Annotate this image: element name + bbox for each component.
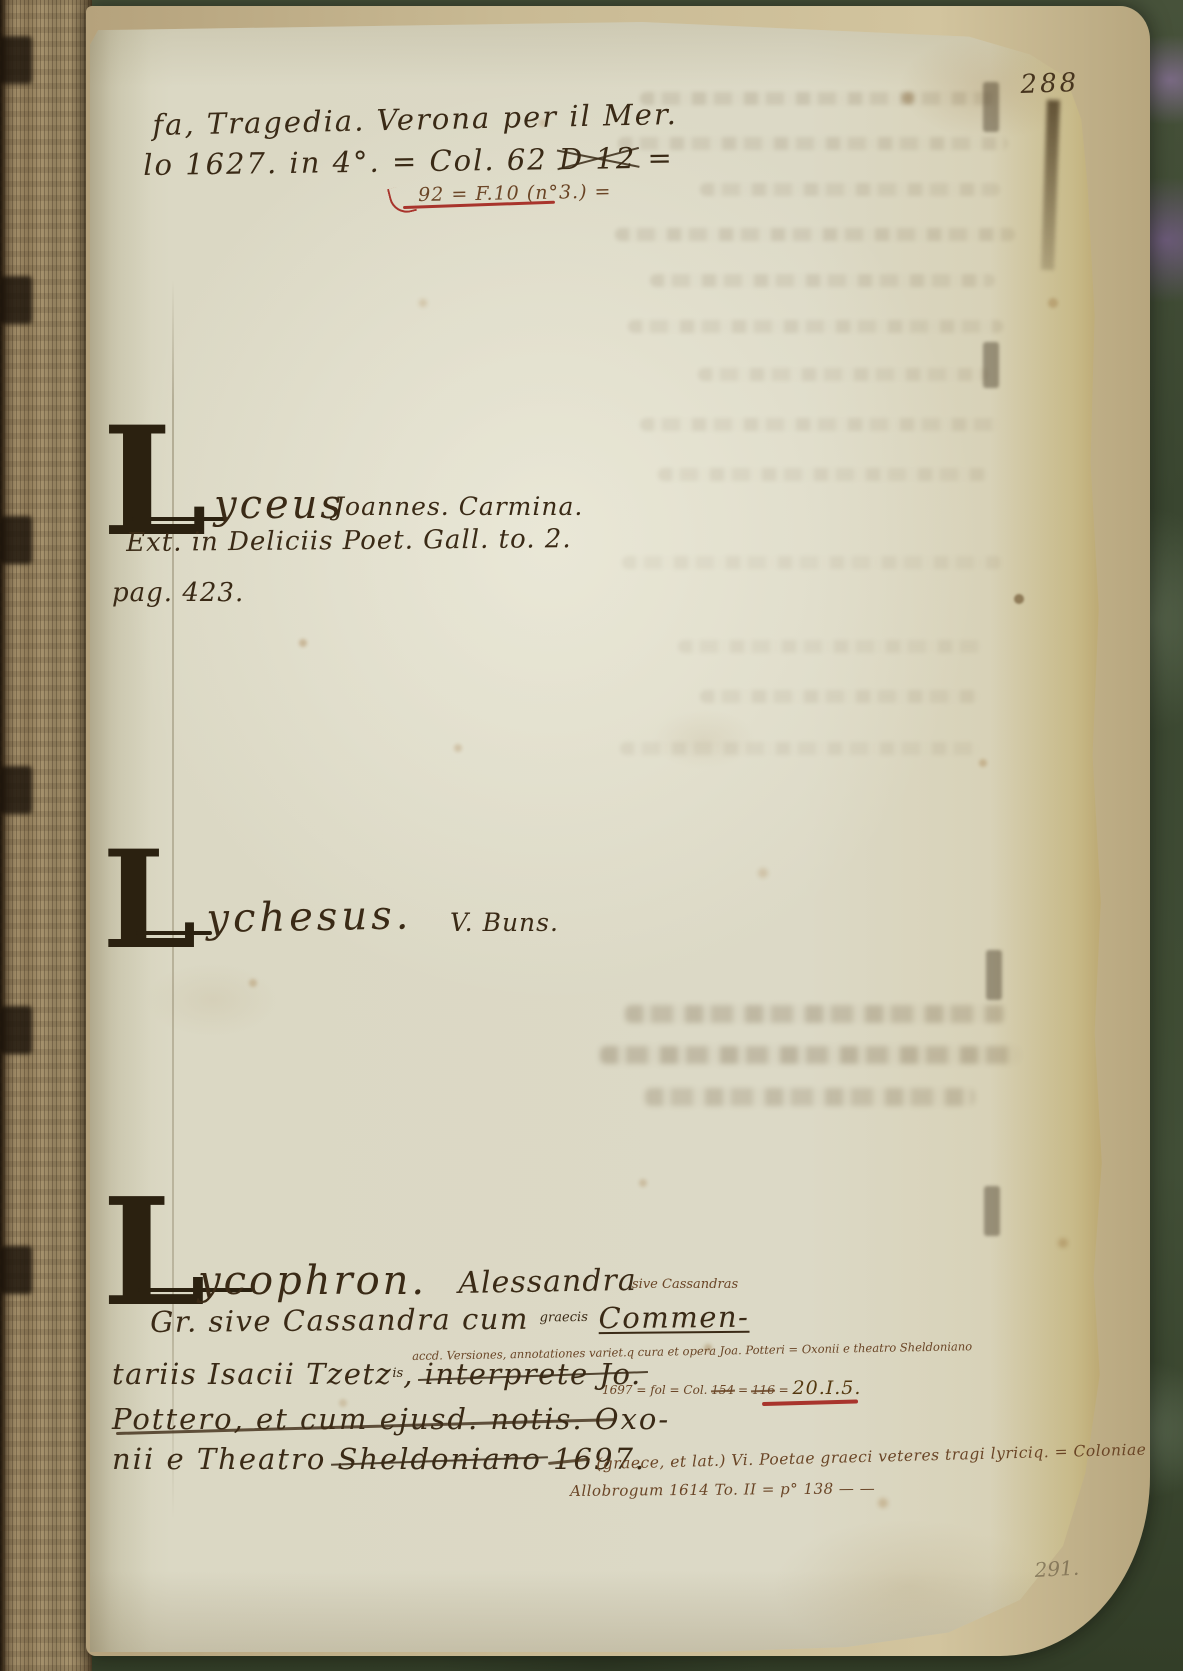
- entry-side-note: sive Cassandras: [632, 1277, 738, 1292]
- prev-entry-line2-end: =: [647, 141, 674, 175]
- entry-heading: ychesus.: [206, 892, 413, 942]
- body-text: nii e Theatro: [112, 1442, 326, 1476]
- entry-heading-rest: Joannes. Carmina.: [334, 492, 583, 521]
- bleedthrough-line: [615, 228, 1015, 241]
- annotation-struck: 116: [752, 1383, 775, 1397]
- folio-number: 288: [1020, 68, 1080, 100]
- tab-show-through: [984, 1186, 1000, 1236]
- entry-heading: yceus: [214, 482, 344, 528]
- annotation-text: =: [779, 1383, 789, 1397]
- bleedthrough-line: [618, 137, 1008, 150]
- bleedthrough-line: [698, 368, 988, 381]
- annotation-struck: 154: [711, 1383, 734, 1397]
- book-fore-edge: [0, 0, 92, 1671]
- bleedthrough-line: [700, 183, 1000, 196]
- pencil-number: 291.: [1034, 1556, 1080, 1582]
- interlinear-word: graecis: [540, 1310, 588, 1325]
- bleedthrough-line: [700, 690, 980, 703]
- entry-heading-rest: Alessandra: [458, 1263, 637, 1301]
- bleedthrough-line: [600, 1046, 1020, 1064]
- entry-heading-rest: V. Buns.: [450, 908, 559, 937]
- prev-entry-crossed-out: D 12: [559, 141, 637, 176]
- foxing-spots: [0, 0, 6, 6]
- entry-body-line: Ext. in Deliciis Poet. Gall. to. 2.: [126, 524, 572, 558]
- entry-body-line: tariis Isacii Tzetzis, interprete Jo.: [112, 1357, 642, 1391]
- annotation-line: 1697 = fol = Col. 154 = 116 = 20.I.5.: [602, 1377, 861, 1399]
- page-edge-band: [0, 766, 32, 814]
- bleedthrough-line: [622, 556, 1002, 569]
- page-edge-band: [0, 36, 32, 84]
- entry-body-line: pag. 423.: [112, 578, 244, 608]
- prev-entry-line2-text: lo 1627. in 4°. = Col. 62: [143, 142, 548, 182]
- initial-foot-stroke: [136, 931, 212, 935]
- interlinear-word: is: [392, 1366, 403, 1381]
- page-edge-band: [0, 276, 32, 324]
- manuscript-photo: 288 fa, Tragedia. Verona per il Mer. lo …: [0, 0, 1183, 1671]
- page-edge-band: [0, 1246, 32, 1294]
- entry-heading: ycophron.: [198, 1258, 427, 1304]
- annotation-text: 1697 = fol = Col.: [602, 1383, 707, 1397]
- page-edge-band: [0, 1006, 32, 1054]
- entry-initial-L: L: [102, 832, 197, 967]
- footnote-line: Allobrogum 1614 To. II = p° 138 — —: [570, 1479, 875, 1500]
- bleedthrough-line: [645, 1088, 975, 1106]
- body-text: tariis Isacii Tzetz: [112, 1357, 392, 1391]
- bleedthrough-line: [625, 1005, 1005, 1023]
- tab-show-through: [986, 950, 1002, 1000]
- body-text-struck: Sheldoniano: [338, 1442, 542, 1476]
- tab-show-through: [983, 82, 999, 132]
- bleedthrough-line: [658, 468, 988, 481]
- entry-body-line: nii e Theatro Sheldoniano 1697.: [112, 1442, 646, 1476]
- bleedthrough-line: [628, 320, 1003, 333]
- annotation-shelfmark: 20.I.5.: [793, 1377, 862, 1399]
- bleedthrough-line: [678, 640, 983, 653]
- entry-body-line: Gr. sive Cassandra cum graecis Commen-: [150, 1300, 750, 1339]
- body-text-underlined: Commen-: [598, 1300, 749, 1335]
- tab-show-through: [983, 342, 999, 388]
- bleedthrough-line: [620, 742, 980, 755]
- page-edge-band: [0, 516, 32, 564]
- bleedthrough-line: [640, 418, 1000, 431]
- body-text: Gr. sive Cassandra cum: [150, 1302, 529, 1339]
- bleedthrough-line: [650, 274, 995, 287]
- bleedthrough-line: [640, 92, 1000, 105]
- annotation-text: =: [738, 1383, 748, 1397]
